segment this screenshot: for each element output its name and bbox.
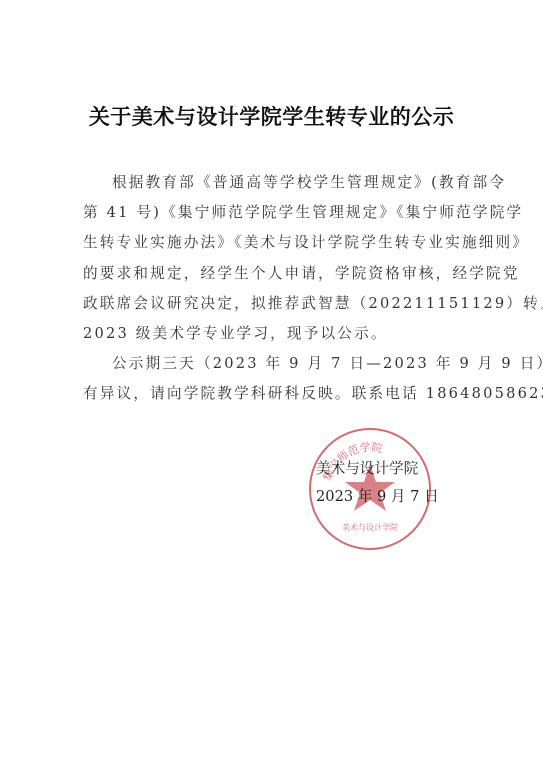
document-body: 根据教育部《普通高等学校学生管理规定》(教育部令 第 41 号)《集宁师范学院学…: [83, 168, 465, 410]
paragraph-line: 的要求和规定，经学生个人申请，学院资格审核，经学院党: [83, 259, 465, 289]
document-title: 关于美术与设计学院学生转专业的公示: [0, 101, 543, 131]
paragraph-line: 公示期三天（2023 年 9 月 7 日—2023 年 9 月 9 日），若: [83, 349, 465, 379]
signature-organization: 美术与设计学院: [316, 457, 418, 478]
paragraph-line: 有异议，请向学院教学科研科反映。联系电话 18648058623。: [83, 379, 465, 409]
paragraph-line: 生转专业实施办法》《美术与设计学院学生转专业实施细则》: [83, 228, 465, 258]
signature-date: 2023 年 9 月 7 日: [316, 485, 439, 506]
paragraph-line: 政联席会议研究决定，拟推荐武智慧（202211151129）转入: [83, 289, 465, 319]
paragraph-line: 根据教育部《普通高等学校学生管理规定》(教育部令: [83, 168, 465, 198]
seal-inner-text: 美术与设计学院: [342, 522, 398, 532]
paragraph-line: 第 41 号)《集宁师范学院学生管理规定》《集宁师范学院学: [83, 198, 465, 228]
paragraph-line: 2023 级美术学专业学习，现予以公示。: [83, 319, 465, 349]
